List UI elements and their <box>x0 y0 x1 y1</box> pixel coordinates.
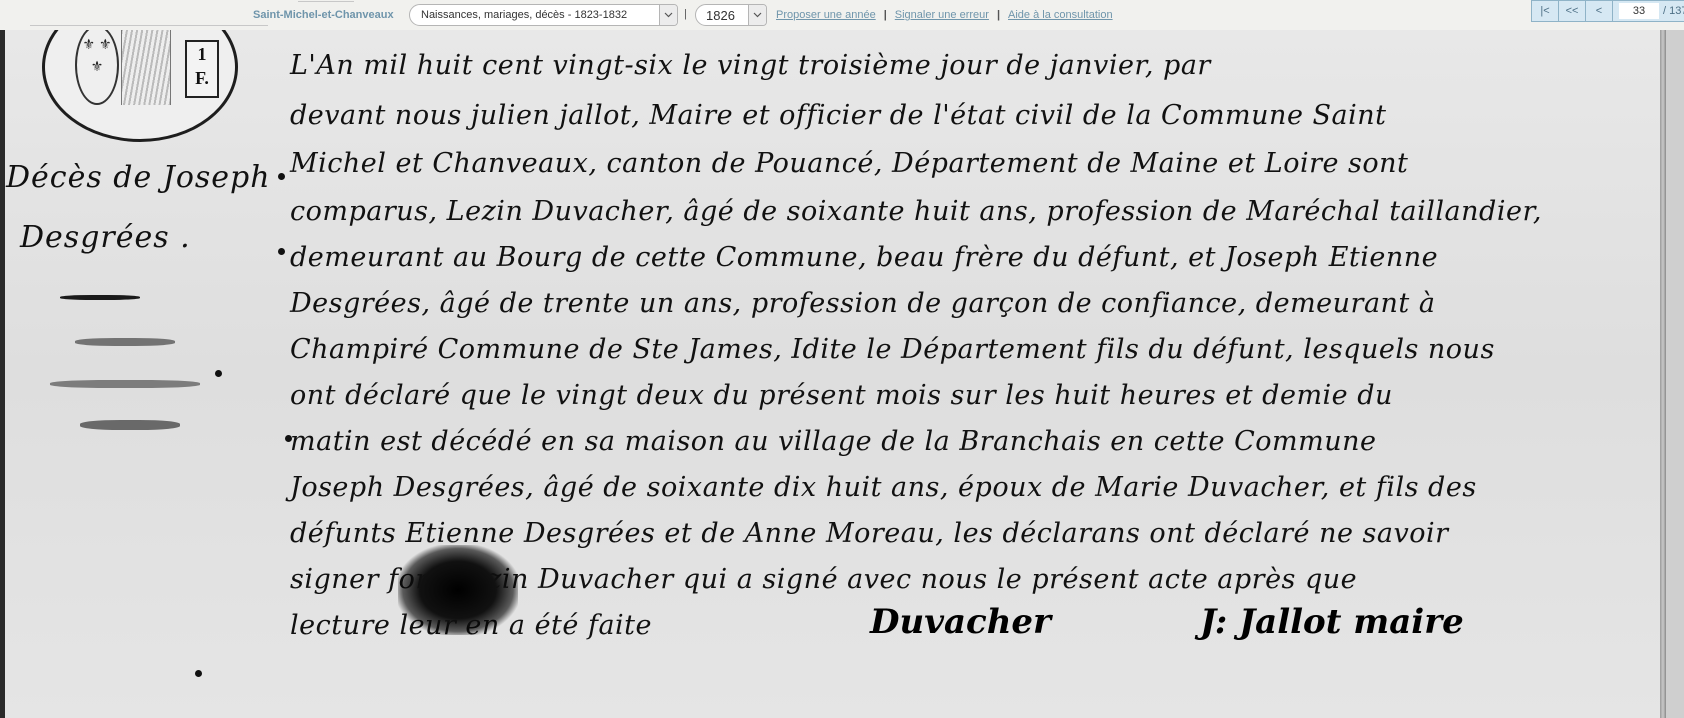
first-page-button[interactable]: |< <box>1532 1 1559 21</box>
year-select[interactable]: 1826 <box>695 4 767 26</box>
stamp-value: 1 F. <box>185 40 219 98</box>
record-text-line: demeurant au Bourg de cette Commune, bea… <box>290 242 1438 273</box>
ink-dot <box>215 370 222 377</box>
separator: | <box>684 8 687 20</box>
margin-note-line: Desgrées . <box>20 220 191 255</box>
chevron-down-icon[interactable] <box>748 5 766 25</box>
page-number-input[interactable] <box>1619 3 1659 19</box>
decorative-divider <box>298 1 354 2</box>
ink-blot <box>398 545 518 635</box>
fleur-de-lis-shield-icon: ⚜ ⚜ ⚜ <box>75 30 119 105</box>
page-indicator: / 137 <box>1613 1 1684 21</box>
commune-title: Saint-Michel-et-Chanveaux <box>253 9 394 21</box>
scan-margin <box>1666 30 1684 718</box>
propose-year-link[interactable]: Proposer une année <box>776 9 876 21</box>
tax-stamp: ⚜ ⚜ ⚜ 1 F. <box>42 30 238 142</box>
document-image-viewer[interactable]: ⚜ ⚜ ⚜ 1 F. Décès de Joseph Desgrées . L'… <box>0 30 1684 718</box>
page-total: / 137 <box>1663 5 1684 17</box>
record-text-line: devant nous julien jallot, Maire et offi… <box>290 100 1386 131</box>
ink-stroke <box>60 295 140 300</box>
year-select-value: 1826 <box>696 8 748 23</box>
ink-smudge <box>75 338 175 346</box>
ink-smudge <box>80 420 180 430</box>
stamp-value-unit: F. <box>187 66 217 90</box>
chevron-down-icon[interactable] <box>659 5 677 25</box>
collection-select[interactable]: Naissances, mariages, décès - 1823-1832 <box>409 4 678 26</box>
record-text-line: Desgrées, âgé de trente un ans, professi… <box>290 288 1435 319</box>
viewer-toolbar: Saint-Michel-et-Chanveaux Naissances, ma… <box>0 0 1684 30</box>
record-text-line: Michel et Chanveaux, canton de Pouancé, … <box>290 148 1408 179</box>
separator: | <box>997 9 1000 21</box>
decorative-divider <box>30 25 268 26</box>
separator: | <box>884 9 887 21</box>
record-text-line: Champiré Commune de Ste James, Idite le … <box>290 334 1495 365</box>
previous-page-button[interactable]: < <box>1586 1 1613 21</box>
fast-previous-button[interactable]: << <box>1559 1 1586 21</box>
record-text-line: matin est décédé en sa maison au village… <box>290 426 1376 457</box>
record-text-line: L'An mil huit cent vingt-six le vingt tr… <box>290 50 1211 81</box>
record-text-line: comparus, Lezin Duvacher, âgé de soixant… <box>290 196 1542 227</box>
stamp-value-number: 1 <box>187 42 217 66</box>
allegorical-figure <box>121 30 171 105</box>
report-error-link[interactable]: Signaler une erreur <box>895 9 989 21</box>
scan-border <box>0 30 5 718</box>
ink-dot <box>278 248 285 255</box>
pagination: |< << < / 137 <box>1531 0 1684 22</box>
record-text-line: Joseph Desgrées, âgé de soixante dix hui… <box>290 472 1477 503</box>
collection-select-value: Naissances, mariages, décès - 1823-1832 <box>410 9 659 21</box>
margin-note-line: Décès de Joseph <box>6 160 271 195</box>
help-link[interactable]: Aide à la consultation <box>1008 9 1113 21</box>
ink-dot <box>195 670 202 677</box>
signature-duvacher: Duvacher <box>870 602 1051 642</box>
ink-dot <box>278 173 285 180</box>
signature-mayor: J: Jallot maire <box>1200 602 1464 642</box>
record-text-line: ont déclaré que le vingt deux du présent… <box>290 380 1393 411</box>
ink-smudge <box>50 380 200 388</box>
toolbar-links: Proposer une année | Signaler une erreur… <box>776 9 1113 21</box>
